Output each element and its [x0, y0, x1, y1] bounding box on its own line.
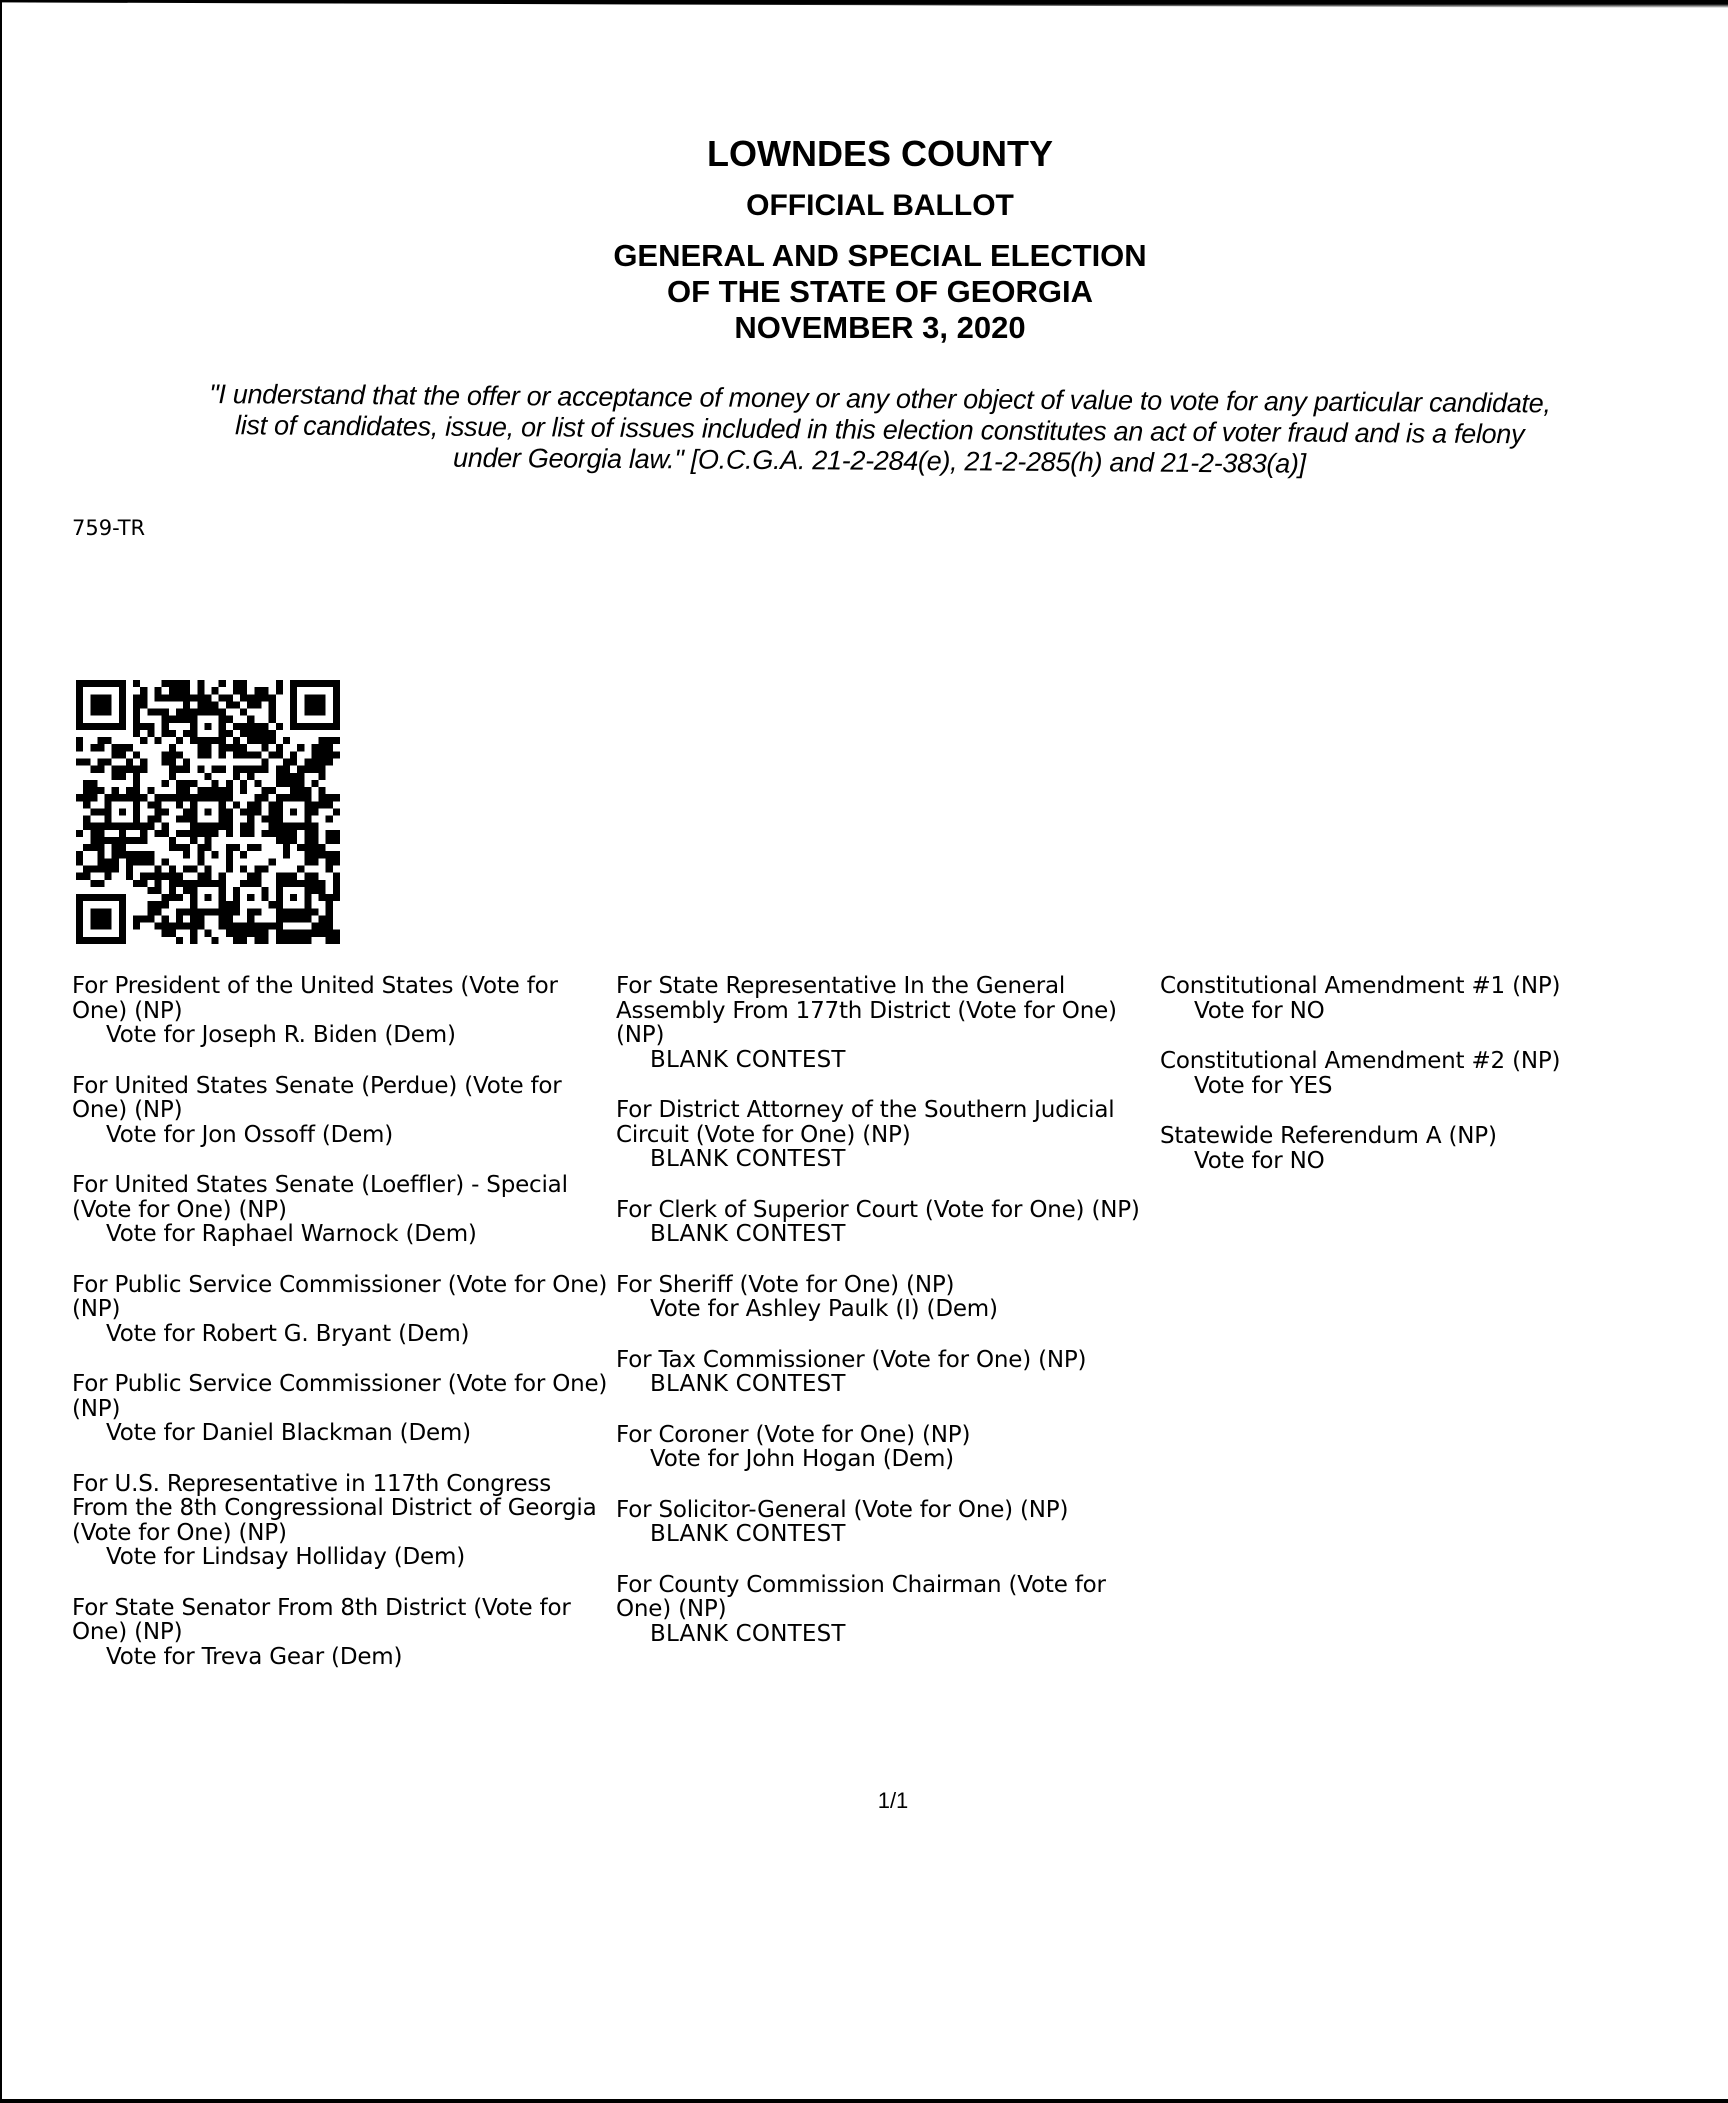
- contest-selection: Vote for NO: [1160, 1149, 1700, 1174]
- contest-selection: BLANK CONTEST: [616, 1222, 1156, 1247]
- election-date: NOVEMBER 3, 2020: [0, 310, 1728, 346]
- qr-code-icon: [70, 680, 346, 944]
- contest-title: For U.S. Representative in 117th Congres…: [72, 1472, 612, 1546]
- contest-selection: BLANK CONTEST: [616, 1522, 1156, 1547]
- contest-title: For Clerk of Superior Court (Vote for On…: [616, 1198, 1156, 1223]
- contest-title: For Public Service Commissioner (Vote fo…: [72, 1273, 612, 1322]
- contest-item: For Public Service Commissioner (Vote fo…: [72, 1372, 612, 1446]
- contest-title: For County Commission Chairman (Vote for…: [616, 1573, 1156, 1622]
- contest-item: For Tax Commissioner (Vote for One) (NP)…: [616, 1348, 1156, 1397]
- contest-title: Constitutional Amendment #2 (NP): [1160, 1049, 1700, 1074]
- contest-item: Statewide Referendum A (NP)Vote for NO: [1160, 1124, 1700, 1173]
- contest-item: For District Attorney of the Southern Ju…: [616, 1098, 1156, 1172]
- contest-title: For State Representative In the General …: [616, 974, 1156, 1048]
- contest-item: For Public Service Commissioner (Vote fo…: [72, 1273, 612, 1347]
- contest-selection: Vote for Treva Gear (Dem): [72, 1645, 612, 1670]
- contest-column-1: For President of the United States (Vote…: [72, 974, 612, 1695]
- scan-edge-top: [0, 0, 1728, 8]
- county-title: LOWNDES COUNTY: [0, 132, 1728, 176]
- page-number: 1/1: [0, 1788, 1728, 1814]
- contest-selection: Vote for NO: [1160, 999, 1700, 1024]
- contest-title: For Coroner (Vote for One) (NP): [616, 1423, 1156, 1448]
- contest-item: For President of the United States (Vote…: [72, 974, 612, 1048]
- contest-title: For Sheriff (Vote for One) (NP): [616, 1273, 1156, 1298]
- contest-selection: BLANK CONTEST: [616, 1372, 1156, 1397]
- contest-selection: Vote for Daniel Blackman (Dem): [72, 1421, 612, 1446]
- contest-title: For Tax Commissioner (Vote for One) (NP): [616, 1348, 1156, 1373]
- contest-title: Statewide Referendum A (NP): [1160, 1124, 1700, 1149]
- contest-column-3: Constitutional Amendment #1 (NP)Vote for…: [1160, 974, 1700, 1199]
- contest-title: For State Senator From 8th District (Vot…: [72, 1596, 612, 1645]
- contest-selection: Vote for Lindsay Holliday (Dem): [72, 1545, 612, 1570]
- election-line-2: OF THE STATE OF GEORGIA: [0, 274, 1728, 310]
- voter-oath: "I understand that the offer or acceptan…: [59, 378, 1700, 482]
- contest-item: Constitutional Amendment #1 (NP)Vote for…: [1160, 974, 1700, 1023]
- contest-title: Constitutional Amendment #1 (NP): [1160, 974, 1700, 999]
- contest-selection: BLANK CONTEST: [616, 1622, 1156, 1647]
- contest-item: For U.S. Representative in 117th Congres…: [72, 1472, 612, 1570]
- contest-selection: Vote for YES: [1160, 1074, 1700, 1099]
- contest-selection: Vote for Robert G. Bryant (Dem): [72, 1322, 612, 1347]
- contest-title: For President of the United States (Vote…: [72, 974, 612, 1023]
- contest-title: For United States Senate (Perdue) (Vote …: [72, 1074, 612, 1123]
- contest-selection: Vote for Raphael Warnock (Dem): [72, 1222, 612, 1247]
- contest-item: For Solicitor-General (Vote for One) (NP…: [616, 1498, 1156, 1547]
- contest-title: For District Attorney of the Southern Ju…: [616, 1098, 1156, 1147]
- contest-item: For United States Senate (Loeffler) - Sp…: [72, 1173, 612, 1247]
- contest-title: For Public Service Commissioner (Vote fo…: [72, 1372, 612, 1421]
- precinct-code: 759-TR: [72, 516, 145, 540]
- scan-edge-bottom: [0, 2099, 1728, 2103]
- contest-item: Constitutional Amendment #2 (NP)Vote for…: [1160, 1049, 1700, 1098]
- contest-selection: Vote for John Hogan (Dem): [616, 1447, 1156, 1472]
- contest-item: For Sheriff (Vote for One) (NP)Vote for …: [616, 1273, 1156, 1322]
- ballot-type: OFFICIAL BALLOT: [0, 186, 1728, 226]
- contest-selection: Vote for Joseph R. Biden (Dem): [72, 1023, 612, 1048]
- contest-selection: BLANK CONTEST: [616, 1147, 1156, 1172]
- contest-column-2: For State Representative In the General …: [616, 974, 1156, 1672]
- election-line-1: GENERAL AND SPECIAL ELECTION: [0, 238, 1728, 274]
- contest-item: For State Representative In the General …: [616, 974, 1156, 1072]
- contest-item: For Coroner (Vote for One) (NP)Vote for …: [616, 1423, 1156, 1472]
- election-title: GENERAL AND SPECIAL ELECTION OF THE STAT…: [0, 238, 1728, 346]
- ballot-header: LOWNDES COUNTY OFFICIAL BALLOT GENERAL A…: [0, 132, 1728, 346]
- contest-selection: BLANK CONTEST: [616, 1048, 1156, 1073]
- contest-selection: Vote for Jon Ossoff (Dem): [72, 1123, 612, 1148]
- contest-selection: Vote for Ashley Paulk (I) (Dem): [616, 1297, 1156, 1322]
- contest-item: For State Senator From 8th District (Vot…: [72, 1596, 612, 1670]
- contest-title: For United States Senate (Loeffler) - Sp…: [72, 1173, 612, 1222]
- contest-item: For United States Senate (Perdue) (Vote …: [72, 1074, 612, 1148]
- contest-item: For Clerk of Superior Court (Vote for On…: [616, 1198, 1156, 1247]
- contest-item: For County Commission Chairman (Vote for…: [616, 1573, 1156, 1647]
- contest-title: For Solicitor-General (Vote for One) (NP…: [616, 1498, 1156, 1523]
